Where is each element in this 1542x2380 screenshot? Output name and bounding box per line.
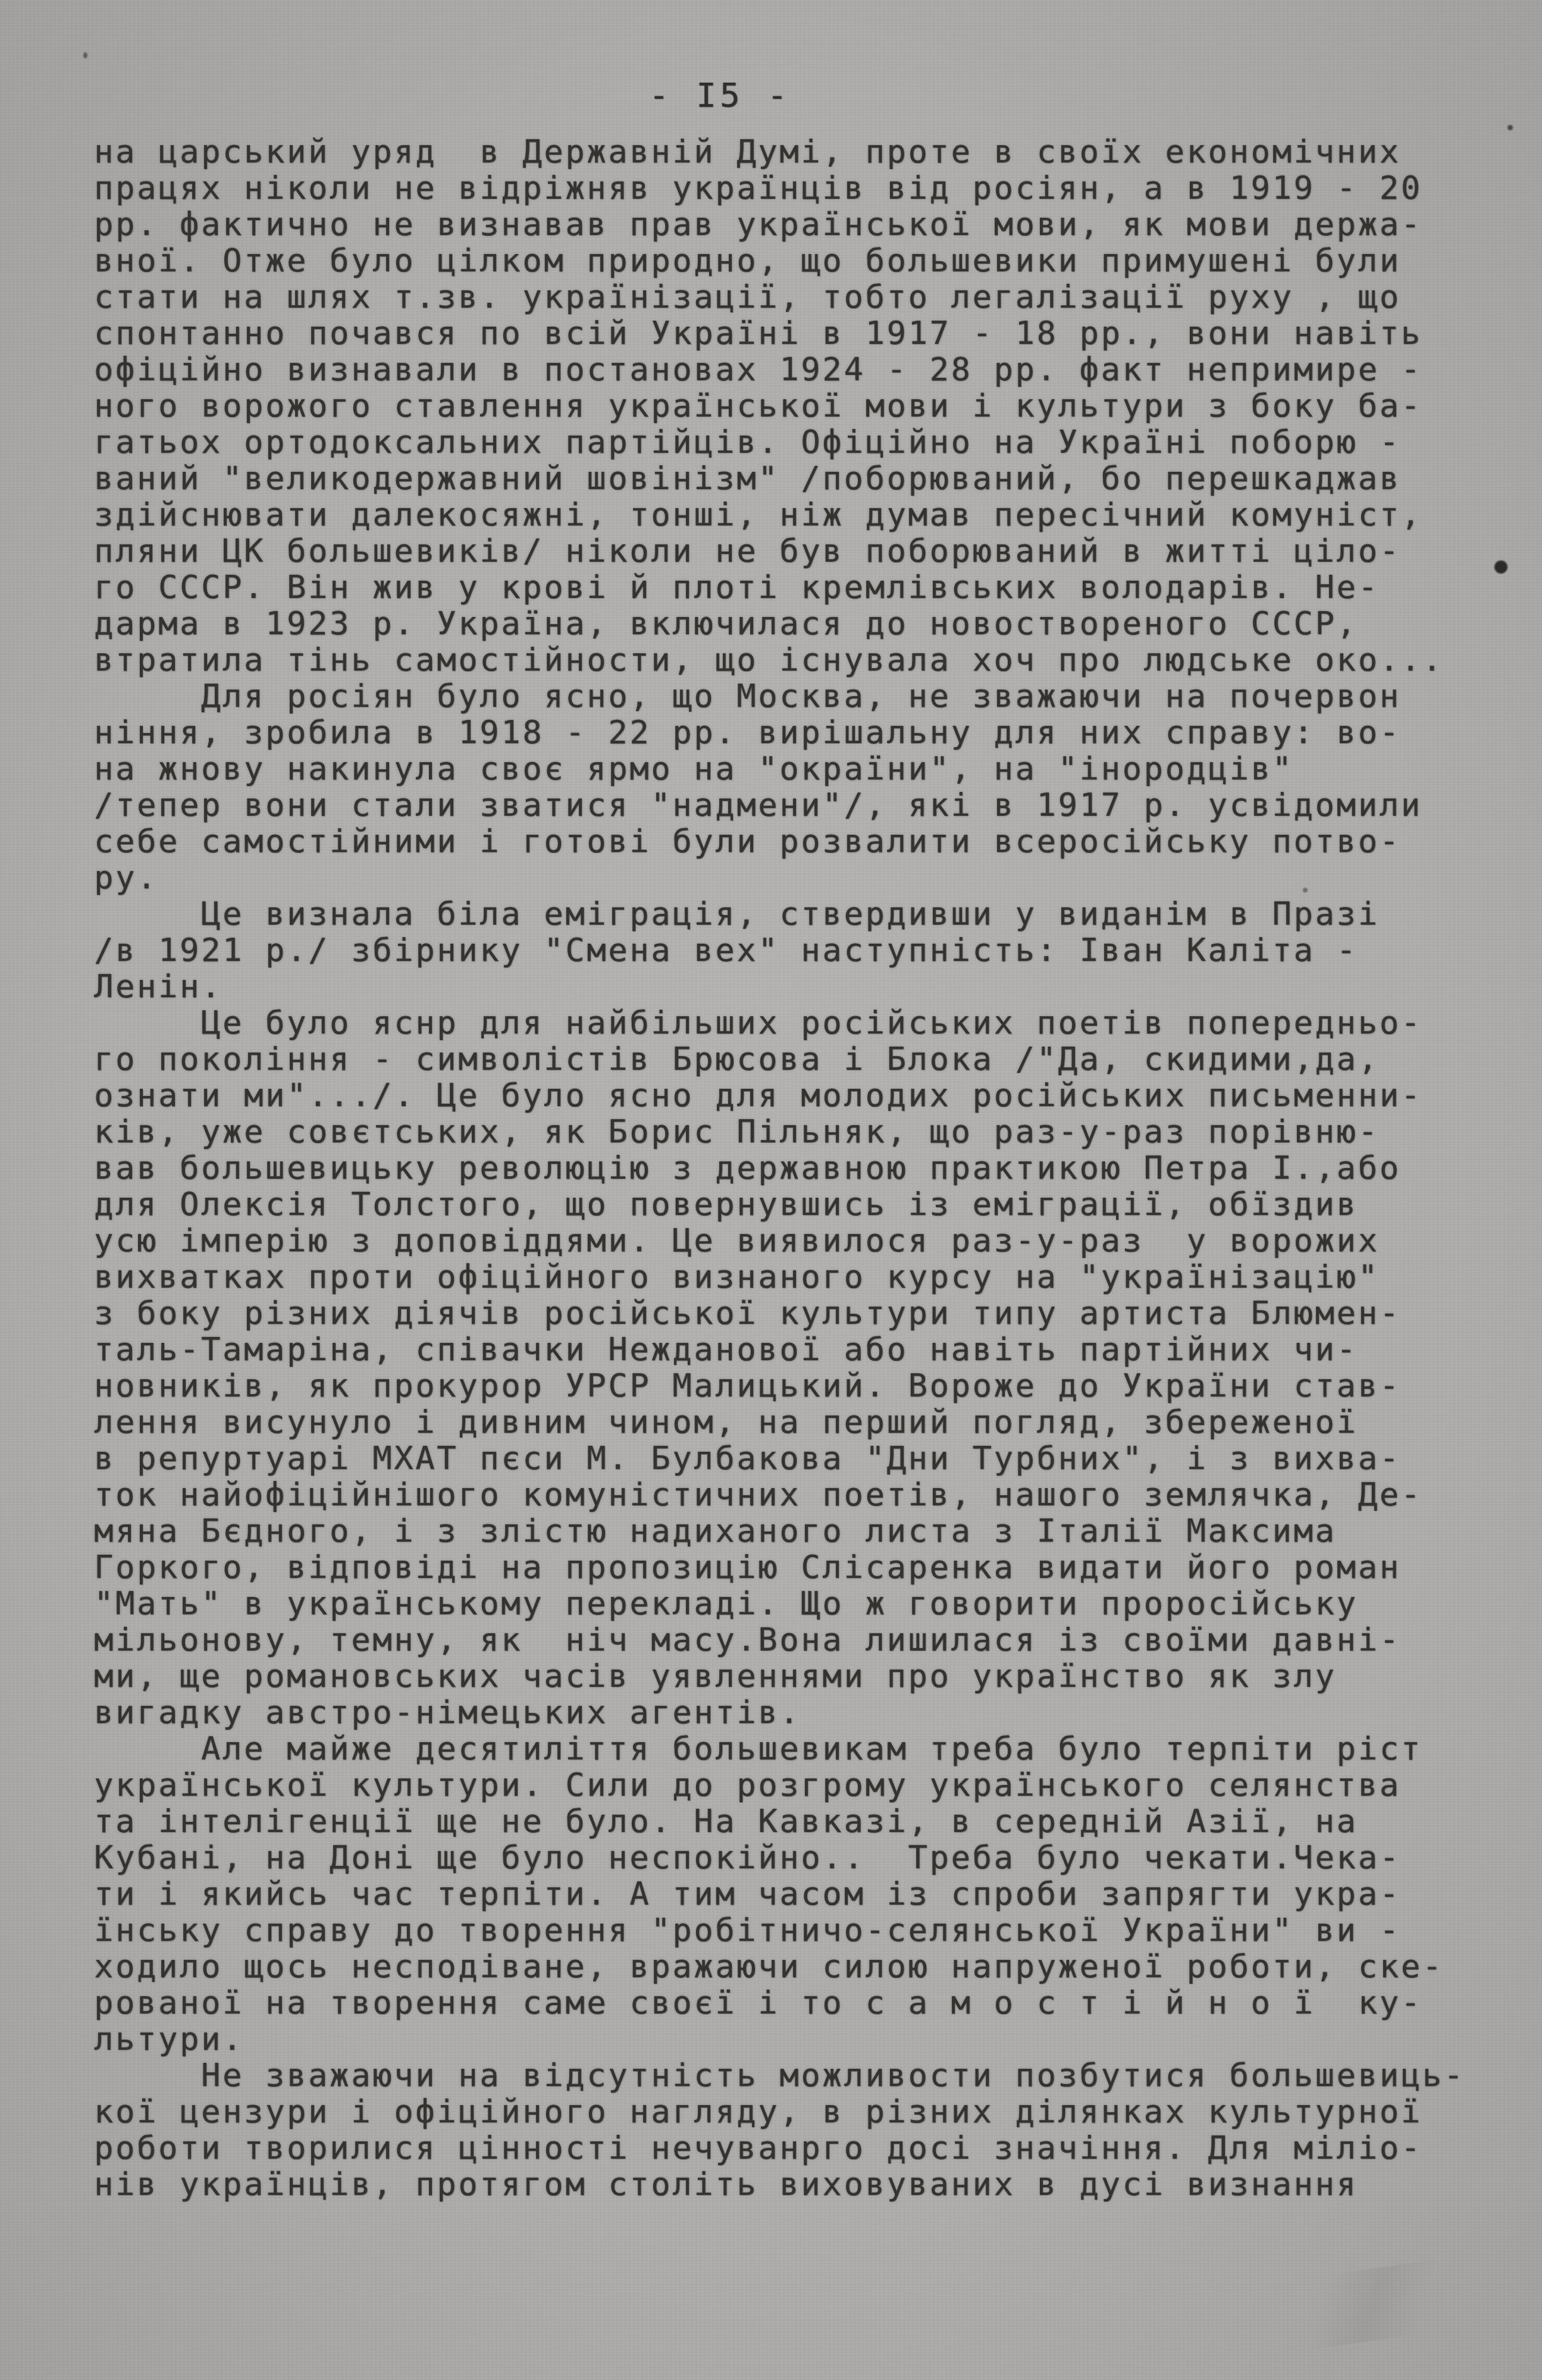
text-line: вав большевицьку революцію з державною п… (94, 1150, 1522, 1186)
text-line: ходило щось несподіване, вражаючи силою … (94, 1948, 1522, 1984)
text-line: нів українців, протягом століть виховува… (94, 2166, 1522, 2202)
text-line: себе самостійними і готові були розвалит… (94, 823, 1522, 859)
text-line: спонтанно почався по всій Україні в 1917… (94, 315, 1522, 351)
text-line: Кубані, на Доні ще було неспокійно.. Тре… (94, 1839, 1522, 1875)
text-line: лення висунуло і дивним чином, на перший… (94, 1404, 1522, 1440)
text-line: вихватках проти офіційного визнаного кур… (94, 1258, 1522, 1295)
document-text-block: на царський уряд в Державній Думі, проте… (94, 133, 1522, 2202)
text-line: Горкого, відповіді на пропозицію Слісаре… (94, 1549, 1522, 1585)
text-line: усю імперію з доповіддями. Це виявилося … (94, 1222, 1522, 1258)
text-line: ного ворожого ставлення української мови… (94, 387, 1522, 424)
text-line: таль-Тамаріна, співачки Нежданової або н… (94, 1331, 1522, 1367)
text-line: ознати ми".../. Це було ясно для молодих… (94, 1077, 1522, 1113)
text-line: з боку різних діячів російської культури… (94, 1295, 1522, 1331)
text-line: Це було яснр для найбільших російських п… (94, 1004, 1522, 1041)
text-line: Не зважаючи на відсутність можливости по… (94, 2057, 1522, 2093)
text-line: пляни ЦК большевиків/ ніколи не був побо… (94, 533, 1522, 569)
ink-speck (1494, 560, 1507, 574)
text-line: ток найофіційнішого комуністичних поетів… (94, 1476, 1522, 1512)
text-line: /тепер вони стали зватися "надмени"/, як… (94, 787, 1522, 823)
text-line: роботи творилися цінності нечуванрго дос… (94, 2130, 1522, 2166)
text-line: Але майже десятиліття большевикам треба … (94, 1730, 1522, 1767)
text-line: стати на шлях т.зв. українізації, тобто … (94, 278, 1522, 315)
text-line: гатьох ортодоксальних партійців. Офіційн… (94, 424, 1522, 460)
text-line: ру. (94, 859, 1522, 895)
text-line: новників, як прокурор УРСР Малицький. Во… (94, 1367, 1522, 1404)
text-line: ваний "великодержавний шовінізм" /поборю… (94, 460, 1522, 496)
text-line: на царський уряд в Державній Думі, проте… (94, 133, 1522, 170)
text-line: льтури. (94, 2021, 1522, 2057)
text-line: вигадку австро-німецьких агентів. (94, 1694, 1522, 1730)
text-line: Ленін. (94, 968, 1522, 1004)
text-line: ніння, зробила в 1918 - 22 рр. вирішальн… (94, 714, 1522, 750)
text-line: втратила тінь самостійности, що існувала… (94, 641, 1522, 678)
text-line: та інтелігенції ще не було. На Кавказі, … (94, 1803, 1522, 1839)
text-line: "Мать" в українському перекладі. Що ж го… (94, 1585, 1522, 1621)
text-line: на жнову накинула своє ярмо на "окраїни"… (94, 750, 1522, 787)
text-line: Для росіян було ясно, що Москва, не зваж… (94, 678, 1522, 714)
text-line: вної. Отже було цілком природно, що боль… (94, 242, 1522, 278)
text-line: Це визнала біла еміграція, ствердивши у … (94, 895, 1522, 932)
text-line: рованої на творення саме своєї і то с а … (94, 1984, 1522, 2021)
ink-speck (1303, 888, 1308, 892)
ink-speck (83, 52, 87, 58)
text-line: мяна Бєдного, і з злістю надиханого лист… (94, 1512, 1522, 1549)
text-line: /в 1921 р./ збірнику "Смена вех" наступн… (94, 932, 1522, 968)
text-line: для Олексія Толстого, що повернувшись із… (94, 1186, 1522, 1222)
text-line: ти і якийсь час терпіти. А тим часом із … (94, 1875, 1522, 1912)
ink-speck (1507, 125, 1513, 130)
text-line: ків, уже совєтських, як Борис Пільняк, щ… (94, 1113, 1522, 1150)
text-line: працях ніколи не відріжняв українців від… (94, 170, 1522, 206)
text-line: ми, ще романовських часів уявленнями про… (94, 1658, 1522, 1694)
text-line: мільонову, темну, як ніч масу.Вона лишил… (94, 1621, 1522, 1658)
text-line: дарма в 1923 р. Україна, включилася до н… (94, 605, 1522, 641)
text-line: го покоління - символістів Брюсова і Бло… (94, 1041, 1522, 1077)
text-line: української культури. Сили до розгрому у… (94, 1767, 1522, 1803)
text-line: офіційно визнавали в постановах 1924 - 2… (94, 351, 1522, 387)
text-line: здійснювати далекосяжні, тонші, ніж дума… (94, 496, 1522, 533)
text-line: рр. фактично не визнавав прав українсько… (94, 206, 1522, 242)
text-line: їнську справу до творення "робітничо-сел… (94, 1912, 1522, 1948)
paper-smudge (1216, 2256, 1474, 2361)
scanned-typewritten-page: - I5 - на царський уряд в Державній Думі… (0, 0, 1542, 2380)
text-line: го СССР. Він жив у крові й плоті кремлів… (94, 569, 1522, 605)
text-line: в репуртуарі МХАТ пєси М. Булбакова "Дни… (94, 1440, 1522, 1476)
page-number: - I5 - (0, 76, 1440, 115)
text-line: кої цензури і офіційного нагляду, в різн… (94, 2093, 1522, 2130)
